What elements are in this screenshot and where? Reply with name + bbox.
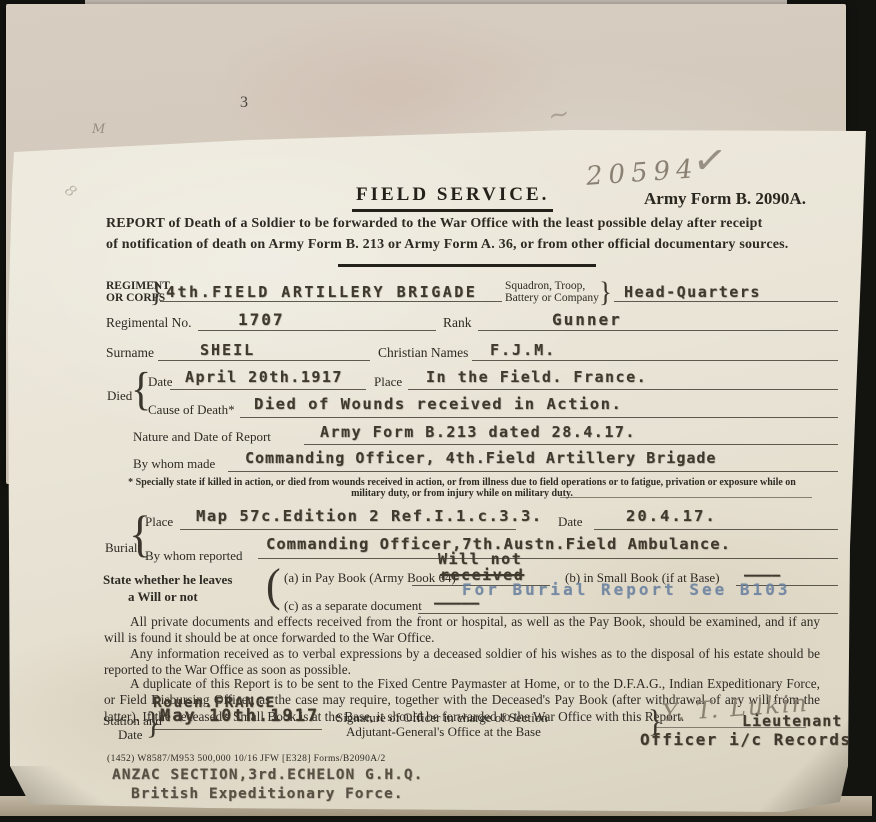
- section-divider: [338, 264, 596, 267]
- report-maker-label: By whom made: [133, 456, 215, 472]
- died-date-value: April 20th.1917: [185, 368, 343, 386]
- signature-title: Officer i/c Records: [640, 730, 852, 749]
- surname-value: SHEIL: [200, 341, 255, 359]
- will-document-label: (c) as a separate document: [284, 598, 422, 614]
- burial-date-label: Date: [558, 514, 583, 530]
- died-date-label: Date: [148, 374, 173, 390]
- died-group-label: Died: [107, 388, 132, 404]
- died-place-label: Place: [374, 374, 402, 390]
- form-rule: [594, 529, 838, 530]
- station-date-brace: }: [146, 708, 160, 740]
- page-number: 3: [240, 94, 248, 112]
- station-date-value: May 10th.1917: [160, 706, 319, 726]
- signature-label-2: Adjutant-General's Office at the Base: [346, 724, 541, 740]
- intro-line-1: REPORT of Death of a Soldier to be forwa…: [106, 216, 762, 232]
- signature-rank: Lieutenant: [742, 712, 842, 730]
- will-statement-label-2: a Will or not: [128, 589, 198, 605]
- report-nature-value: Army Form B.213 dated 28.4.17.: [320, 423, 636, 441]
- form-rule: [158, 360, 370, 361]
- squadron-label-2: Battery or Company: [505, 293, 599, 305]
- check-mark-icon: ✓: [690, 136, 730, 186]
- pencil-mark-m: M: [92, 122, 105, 137]
- christian-names-value: F.J.M.: [490, 341, 556, 359]
- form-rule: [240, 417, 838, 418]
- form-rule: [478, 330, 838, 331]
- burial-place-value: Map 57c.Edition 2 Ref.I.1.c.3.3.: [196, 507, 543, 525]
- form-rule: [154, 729, 322, 730]
- burial-place-label: Place: [145, 514, 173, 530]
- will-document-value: –––––: [434, 594, 479, 612]
- paragraph-documents: All private documents and effects receiv…: [104, 614, 820, 647]
- rank-value: Gunner: [552, 310, 622, 329]
- cause-of-death-label: Cause of Death*: [148, 402, 235, 418]
- anzac-stamp-line1: ANZAC SECTION,3rd.ECHELON G.H.Q.: [112, 767, 423, 783]
- regimental-no-label: Regimental No.: [106, 315, 191, 331]
- died-place-value: In the Field. France.: [426, 368, 647, 386]
- burial-reported-label: By whom reported: [145, 548, 242, 564]
- form-rule: [198, 330, 436, 331]
- form-rule: [170, 389, 366, 390]
- intro-line-2: of notification of death on Army Form B.…: [106, 237, 789, 253]
- print-code-line: (1452) W8587/M953 500,000 10/16 JFW [E32…: [107, 754, 386, 764]
- squadron-value: Head-Quarters: [624, 283, 761, 301]
- form-rule: [228, 471, 838, 472]
- christian-names-label: Christian Names: [378, 345, 468, 361]
- squadron-brace: }: [599, 278, 612, 306]
- form-rule: [304, 444, 838, 445]
- squadron-label: Squadron, Troop,: [505, 281, 585, 293]
- cause-of-death-value: Died of Wounds received in Action.: [254, 395, 622, 413]
- station-date-label-2: Date: [118, 727, 143, 743]
- report-nature-label: Nature and Date of Report: [133, 429, 271, 445]
- report-maker-value: Commanding Officer, 4th.Field Artillery …: [245, 449, 716, 467]
- form-rule: [560, 497, 812, 498]
- burial-date-value: 20.4.17.: [626, 507, 717, 525]
- will-brace: (: [266, 563, 281, 609]
- form-rule: [408, 389, 838, 390]
- form-number: Army Form B. 2090A.: [644, 189, 806, 209]
- form-rule: [472, 360, 838, 361]
- will-statement-label: State whether he leaves: [103, 572, 232, 588]
- rank-label: Rank: [443, 315, 472, 331]
- burial-report-stamp: For Burial Report See B103: [462, 580, 790, 599]
- form-title: FIELD SERVICE.: [352, 184, 553, 212]
- will-paybook-label: (a) in Pay Book (Army Book 64): [284, 570, 456, 586]
- form-rule: [180, 529, 516, 530]
- form-rule: [614, 301, 838, 302]
- surname-label: Surname: [106, 345, 154, 361]
- regiment-value: 4th.FIELD ARTILLERY BRIGADE: [166, 283, 477, 301]
- form-rule: [258, 558, 838, 559]
- paragraph-information: Any information received as to verbal ex…: [104, 646, 820, 679]
- regiment-brace: }: [150, 278, 163, 306]
- form-rule: [160, 301, 502, 302]
- footnote-line-1: * Specially state if killed in action, o…: [104, 477, 820, 488]
- regimental-no-value: 1707: [238, 310, 285, 329]
- anzac-stamp-line2: British Expeditionary Force.: [131, 786, 403, 802]
